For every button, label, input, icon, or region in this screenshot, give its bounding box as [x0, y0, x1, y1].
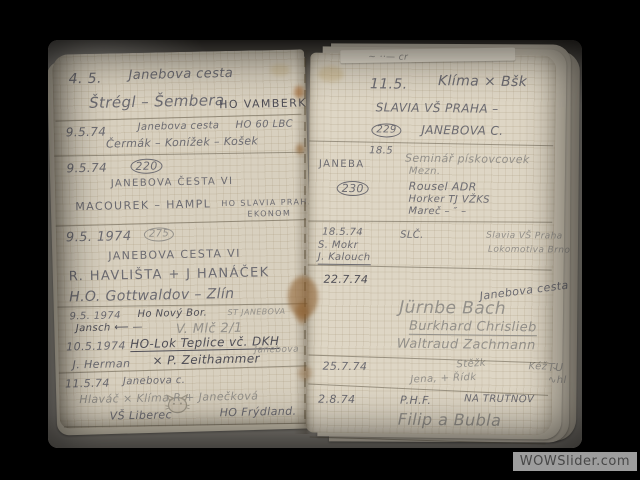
handwriting-text: 11.5.74: [65, 378, 110, 390]
pencil-rule: [54, 152, 304, 157]
handwriting-text: 18.5: [369, 146, 393, 156]
handwriting-text: 25.7.74: [322, 361, 367, 373]
handwriting-text: JANEBOVA ČESTA VI: [111, 177, 234, 190]
stain: [298, 366, 312, 380]
page-edge-text: ∿hl: [548, 376, 567, 386]
handwriting-text: ST JANEBOVA: [227, 308, 285, 317]
handwriting-text: Horker TJ VŽKS: [408, 195, 490, 206]
handwriting-text: Burkhard Chrislieb: [409, 320, 537, 337]
notebook-left-page: 4. 5.Janebova cestaŠtrégl – ŠemberaHO VA…: [52, 49, 312, 428]
stain: [296, 302, 308, 324]
handwriting-text: Štrégl – Šembera: [89, 93, 225, 111]
stain: [270, 64, 290, 76]
handwriting-text: J. Herman: [72, 358, 130, 370]
handwriting-text: 230: [337, 181, 369, 196]
handwriting-text: Slavia VŠ Praha: [486, 232, 563, 242]
handwriting-text: JANEBOVA CESTA VI: [108, 248, 241, 262]
handwriting-text: 11.5.: [370, 77, 408, 91]
handwriting-text: × P. Zeithammer: [152, 352, 260, 366]
pencil-rule: [309, 141, 553, 147]
handwriting-text: 275: [144, 227, 175, 242]
handwriting-text: VŠ Liberec: [110, 409, 172, 421]
notebook-right-page: ~ ··— cr11.5.Klíma × BškSLAVIA VŠ PRAHA …: [306, 53, 557, 436]
pencil-rule: [56, 219, 306, 227]
handwriting-text: NA TRUTNOV: [464, 394, 534, 405]
handwriting-text: Filip a Bubla: [398, 412, 502, 429]
handwriting-text: 229: [371, 123, 401, 137]
handwriting-text: JANEBA: [319, 160, 365, 171]
handwriting-text: Mezn.: [409, 167, 441, 177]
stain: [318, 66, 344, 82]
handwriting-text: Klíma × Bšk: [438, 74, 527, 89]
handwriting-text: Janebova cesta: [128, 67, 233, 82]
handwriting-text: Janebova c.: [123, 376, 186, 387]
handwriting-text: 4. 5.: [68, 72, 101, 87]
handwriting-text: 22.7.74: [323, 274, 368, 286]
handwriting-text: HO Frýdland.: [220, 406, 297, 419]
handwriting-text: ~ ··— cr: [368, 53, 408, 62]
slider-stage: 4. 5.Janebova cestaŠtrégl – ŠemberaHO VA…: [0, 0, 640, 480]
handwriting-text: 10.5.1974: [66, 340, 126, 352]
handwriting-text: 220: [130, 158, 163, 174]
handwriting-text: S. Mokr: [318, 241, 358, 251]
watermark-link[interactable]: WOWSlider.com: [513, 452, 637, 471]
stain: [296, 144, 304, 154]
handwriting-text: Jürnbe Bach: [399, 300, 506, 318]
handwriting-text: Lokomotiva Brno: [488, 246, 570, 256]
handwriting-text: Čermák – Konížek – Košek: [106, 135, 258, 149]
notebook-photo: 4. 5.Janebova cestaŠtrégl – ŠemberaHO VA…: [48, 40, 582, 448]
handwriting-text: Seminář pískovcovek: [405, 153, 530, 166]
handwriting-text: 9.5. 1974: [70, 311, 122, 322]
page-edge-text: TU: [548, 362, 564, 373]
handwriting-text: SLAVIA VŠ PRAHA –: [376, 101, 499, 115]
handwriting-text: Jena, + Řídk: [410, 373, 477, 386]
handwriting-text: J. Kalouch: [318, 253, 371, 266]
handwriting-text: Janebova: [254, 346, 299, 356]
handwriting-text: HO 60 LBC: [236, 120, 294, 131]
handwriting-text: MACOUREK – HAMPL: [75, 198, 211, 212]
handwriting-text: Ho Nový Bor.: [137, 308, 207, 319]
pencil-rule: [308, 264, 552, 270]
torn-paper-strip: [340, 48, 515, 64]
stain: [294, 86, 304, 98]
handwriting-text: P.H.F.: [400, 395, 431, 406]
handwriting-text: 9.5.74: [66, 126, 107, 139]
handwriting-text: Jansch ⟵ —: [76, 323, 143, 334]
handwriting-text: 9.5. 1974: [66, 230, 132, 244]
handwriting-text: H.O. Gottwaldov – Zlín: [69, 287, 235, 304]
handwriting-text: 2.8.74: [318, 394, 356, 405]
handwriting-text: 18.5.74: [322, 228, 363, 238]
handwriting-text: JANEBOVA C.: [421, 124, 503, 137]
handwriting-text: Waltraud Zachmann: [397, 338, 536, 353]
handwriting-text: Rousel ADR: [409, 181, 477, 193]
handwriting-text: SLČ.: [400, 231, 424, 241]
pencil-rule: [308, 220, 552, 222]
handwriting-text: R. HAVLIŠTA + J HANÁČEK: [69, 266, 270, 283]
handwriting-text: 9.5.74: [66, 162, 107, 175]
handwriting-text: Hlaváč × Klíma R + Janečková: [79, 390, 258, 405]
handwriting-text: Janebova cesta: [138, 121, 220, 133]
handwriting-text: EKONOM: [247, 210, 291, 219]
handwriting-text: Mareč – ″ –: [408, 207, 466, 218]
